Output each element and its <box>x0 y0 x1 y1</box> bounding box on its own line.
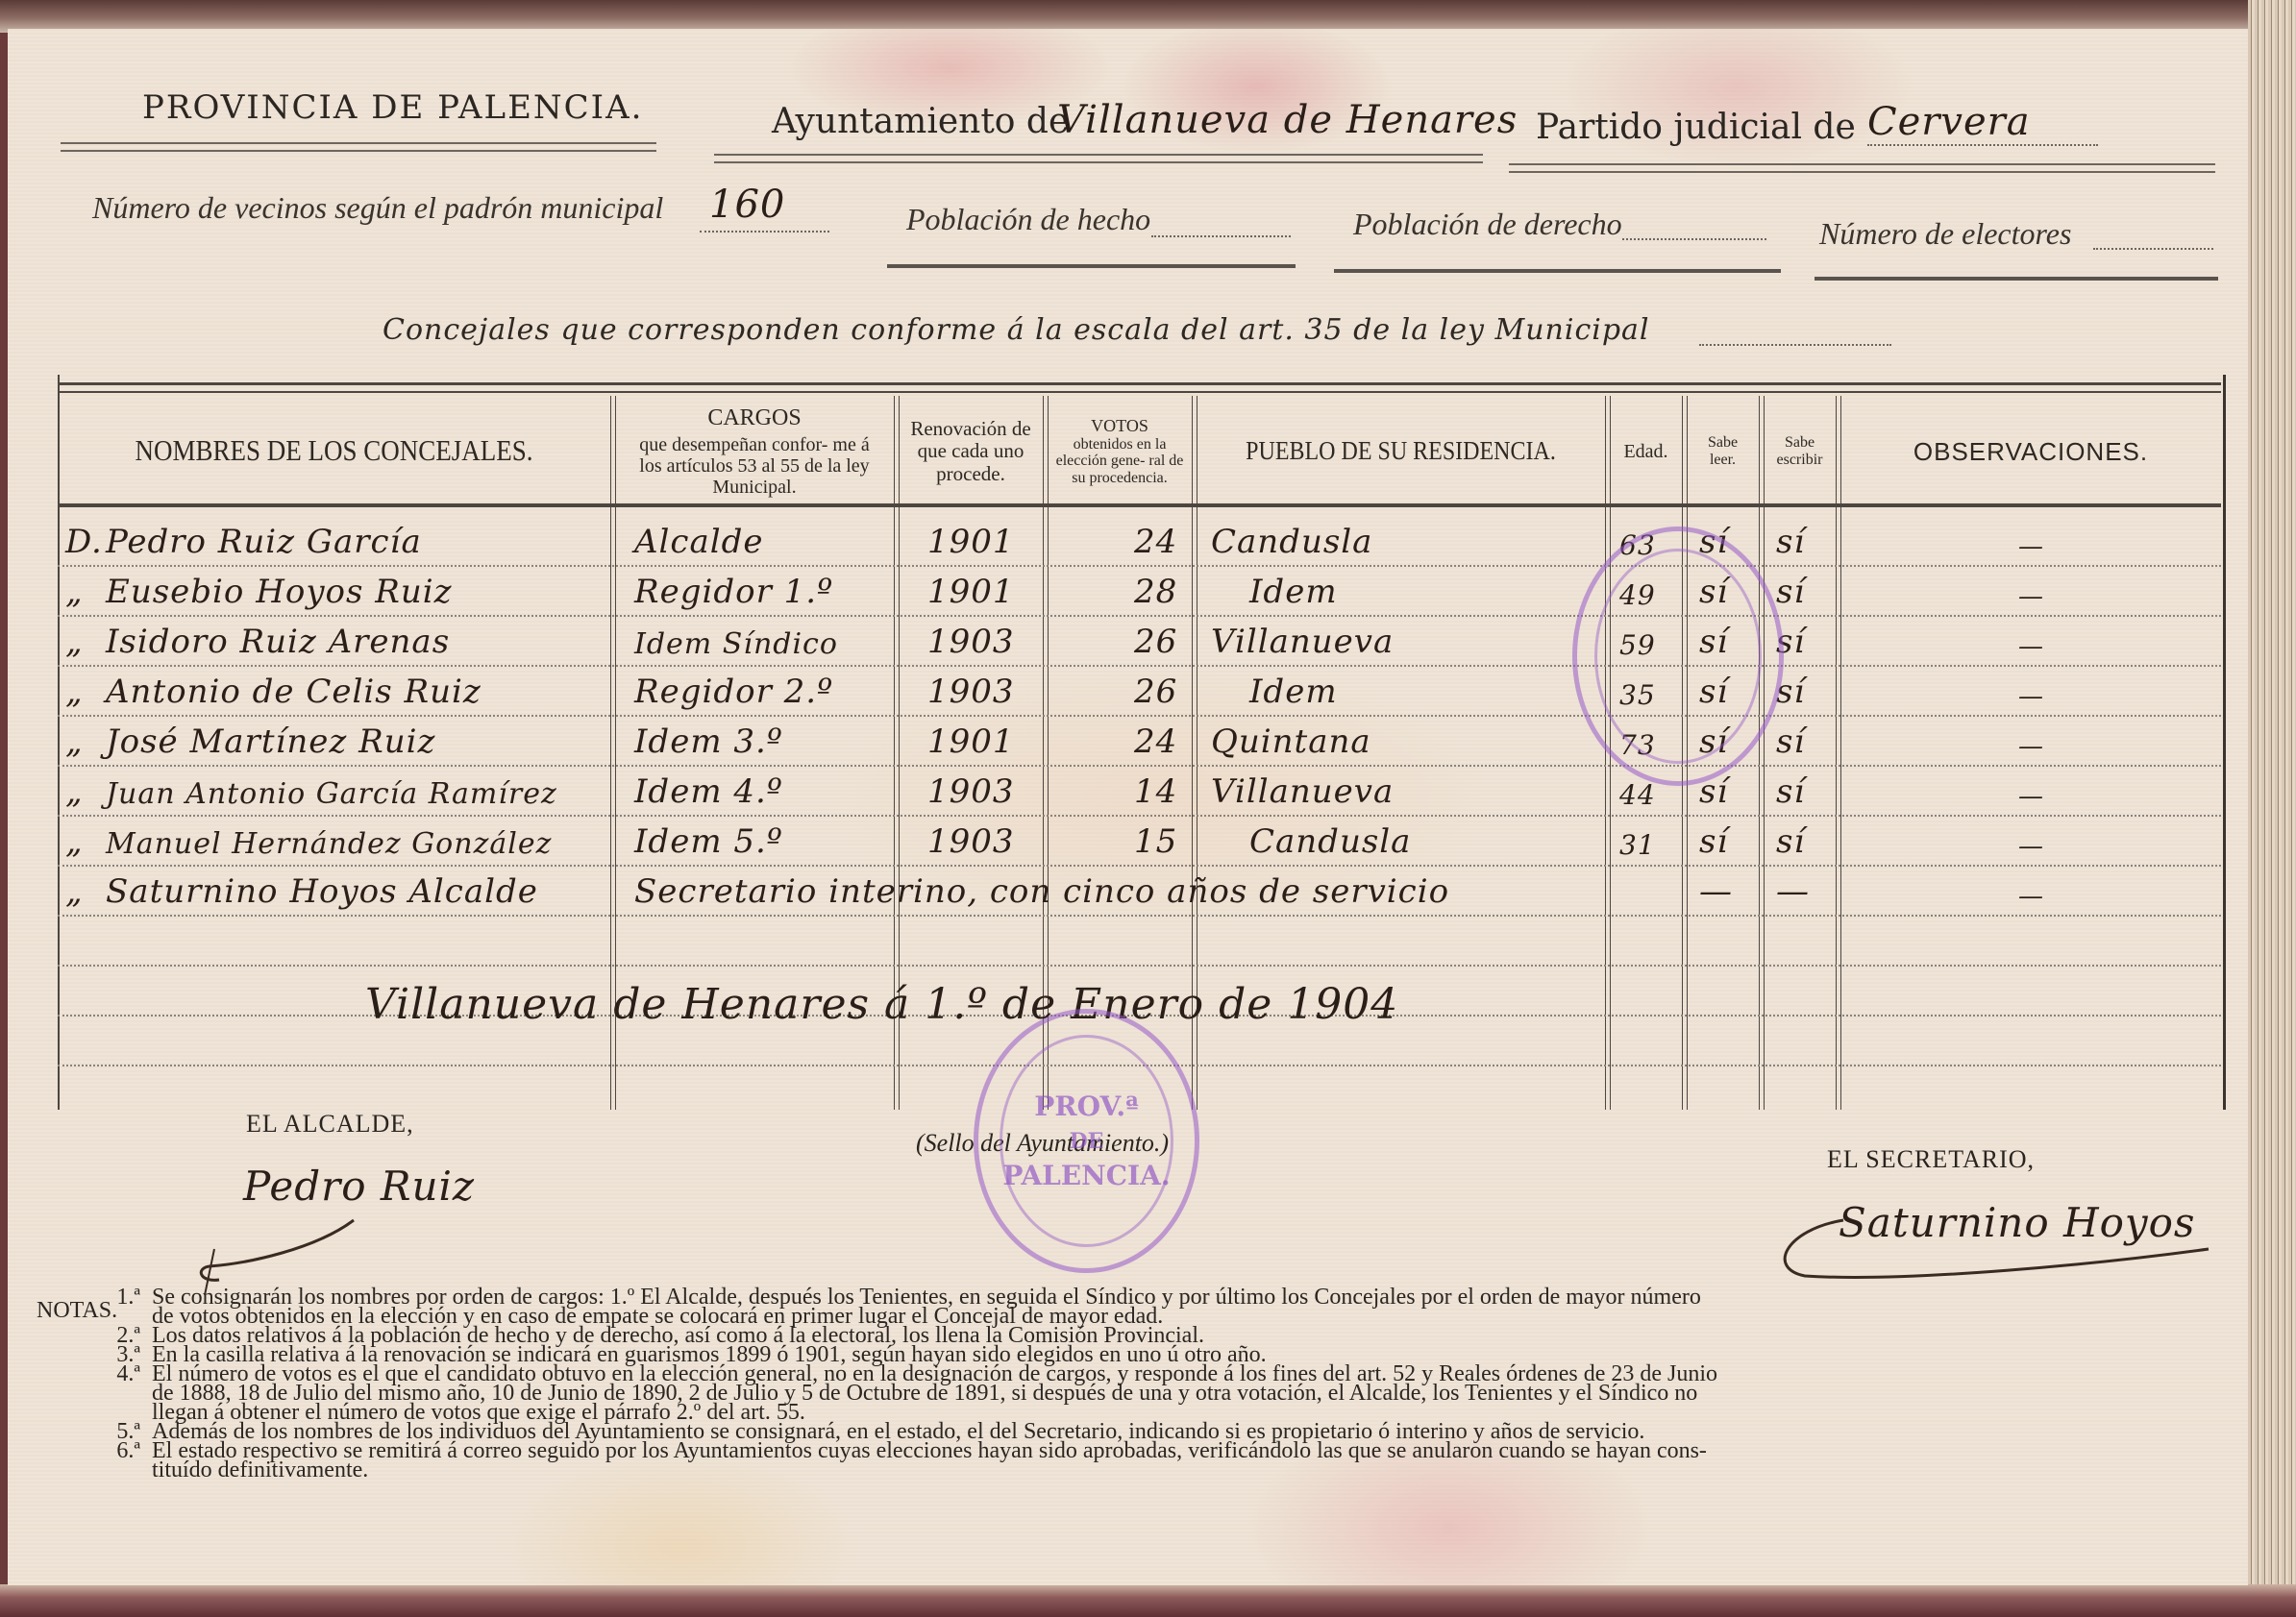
province-title: PROVINCIA DE PALENCIA. <box>142 88 643 127</box>
row-prefix: „ <box>65 667 104 717</box>
concejales-table: NOMBRES DE LOS CONCEJALES. CARGOS que de… <box>58 375 2221 1110</box>
row-sabe-escribir: sí <box>1776 517 1834 567</box>
notes-label: NOTAS. <box>37 1301 117 1320</box>
row-pueblo: Idem <box>1249 667 1595 717</box>
row-pueblo: Candusla <box>1249 817 1595 867</box>
header-rule <box>61 142 656 152</box>
partido-label: Partido judicial de <box>1536 108 1856 147</box>
row-votos: 15 <box>1134 817 1192 867</box>
partido-value: Cervera <box>1867 100 2031 144</box>
header-renovacion: Renovación de que cada uno procede. <box>899 404 1043 500</box>
ayuntamiento-value: Villanueva de Henares <box>1057 98 1518 142</box>
row-nombre: Manuel Hernández González <box>106 817 605 867</box>
alcalde-signature: Pedro Ruiz <box>243 1163 475 1210</box>
header-cargos-sub: que desempeñan confor- me á los artículo… <box>630 434 879 498</box>
stamp-inner-ring <box>1000 1035 1173 1247</box>
census-rule <box>1815 277 2218 281</box>
header-votos-sub: obtenidos en la elección gene- ral de su… <box>1052 436 1187 487</box>
row-renovacion: 1903 <box>927 617 1043 667</box>
row-sabe-leer: sí <box>1699 817 1757 867</box>
row-nombre: José Martínez Ruiz <box>106 717 605 767</box>
row-pueblo: Quintana <box>1211 717 1595 767</box>
row-cargo: Regidor 2.º <box>634 667 894 717</box>
note-number: 4.ª <box>37 1364 152 1384</box>
row-sabe-escribir: sí <box>1776 767 1834 817</box>
poblacion-derecho-label: Población de derecho <box>1353 207 1622 242</box>
vecinos-dotted-line <box>700 231 829 233</box>
electores-label: Número de electores <box>1819 216 2071 252</box>
row-rule <box>58 965 2221 967</box>
document-page: PROVINCIA DE PALENCIA. Ayuntamiento de V… <box>8 29 2248 1585</box>
book-bottom-edge <box>0 1584 2296 1617</box>
partido-dotted-line <box>1867 144 2098 146</box>
secretario-label: EL SECRETARIO, <box>1827 1145 2035 1174</box>
census-rule <box>887 264 1296 268</box>
row-renovacion: 1901 <box>927 567 1043 617</box>
row-renovacion: 1903 <box>927 817 1043 867</box>
table-row: „ Manuel Hernández González Idem 5.º 190… <box>58 817 2221 867</box>
table-header-top-rule <box>58 382 2221 393</box>
concejales-title: Concejales que corresponden conforme á l… <box>383 313 1650 347</box>
header-rule <box>714 154 1483 163</box>
poblacion-hecho-field <box>1151 235 1291 237</box>
row-sabe-escribir: — <box>1776 867 1834 917</box>
row-renovacion: 1903 <box>927 667 1043 717</box>
row-prefix: „ <box>65 567 104 617</box>
row-observaciones: — <box>2018 667 2076 717</box>
row-observaciones: — <box>2018 567 2076 617</box>
book-page-stack <box>2248 0 2296 1617</box>
table-row: „ Juan Antonio García Ramírez Idem 4.º 1… <box>58 767 2221 817</box>
row-nombre: Isidoro Ruiz Arenas <box>106 617 605 667</box>
row-edad: 31 <box>1619 817 1677 867</box>
row-sabe-escribir: sí <box>1776 667 1834 717</box>
stamp-inner-ring <box>1594 549 1762 764</box>
header-nombres: NOMBRES DE LOS CONCEJALES. <box>58 397 610 507</box>
row-renovacion: 1901 <box>927 517 1043 567</box>
header-cargos-title: CARGOS <box>707 405 801 430</box>
row-votos: 24 <box>1134 717 1192 767</box>
row-cargo: Idem 3.º <box>634 717 894 767</box>
note-continuation: tituído definitivamente. <box>37 1460 2228 1480</box>
poblacion-derecho-field <box>1622 238 1766 240</box>
row-renovacion: 1901 <box>927 717 1043 767</box>
row-prefix: D. <box>65 517 104 567</box>
header-votos: VOTOS obtenidos en la elección gene- ral… <box>1048 404 1192 500</box>
row-votos: 14 <box>1134 767 1192 817</box>
row-votos: 24 <box>1134 517 1192 567</box>
row-nombre: Eusebio Hoyos Ruiz <box>106 567 605 617</box>
header-edad: Edad. <box>1610 404 1682 500</box>
row-cargo: Alcalde <box>634 517 894 567</box>
row-pueblo: Villanueva <box>1211 617 1595 667</box>
row-observaciones: — <box>2018 717 2076 767</box>
row-prefix: „ <box>65 817 104 867</box>
row-prefix: „ <box>65 717 104 767</box>
header-votos-title: VOTOS <box>1091 417 1148 436</box>
poblacion-hecho-label: Población de hecho <box>906 202 1150 237</box>
table-row: D. Pedro Ruiz García Alcalde 1901 24 Can… <box>58 517 2221 567</box>
municipal-seal-stamp <box>1572 527 1784 786</box>
secretario-flourish <box>1766 1211 2218 1287</box>
header-rule <box>1509 163 2215 173</box>
row-pueblo: Idem <box>1249 567 1595 617</box>
row-nombre: Antonio de Celis Ruiz <box>106 667 605 717</box>
book-top-edge <box>0 0 2296 33</box>
row-prefix: „ <box>65 767 104 817</box>
row-votos: 26 <box>1134 617 1192 667</box>
notes-section: NOTAS. 1.ª Se consignarán los nombres po… <box>37 1287 2228 1480</box>
row-cargo: Idem Síndico <box>634 617 894 667</box>
row-sabe-escribir: sí <box>1776 717 1834 767</box>
row-votos: 28 <box>1134 567 1192 617</box>
header-sabe-leer: Sabe leer. <box>1687 404 1759 500</box>
row-pueblo: Candusla <box>1211 517 1595 567</box>
alcalde-label: EL ALCALDE, <box>246 1110 414 1139</box>
row-prefix: „ <box>65 867 104 917</box>
header-cargos: CARGOS que desempeñan confor- me á los a… <box>615 404 894 500</box>
electores-field <box>2093 248 2213 250</box>
row-observaciones: — <box>2018 867 2076 917</box>
row-sabe-escribir: sí <box>1776 817 1834 867</box>
vecinos-value: 160 <box>709 183 785 227</box>
row-pueblo: Villanueva <box>1211 767 1595 817</box>
row-nombre: Pedro Ruiz García <box>106 517 605 567</box>
header-observaciones: OBSERVACIONES. <box>1840 404 2221 500</box>
concejales-dotted-line <box>1699 344 1891 346</box>
row-renovacion: 1903 <box>927 767 1043 817</box>
row-cargo: Idem 5.º <box>634 817 894 867</box>
header-sabe-escribir-text: Sabe escribir <box>1771 434 1829 468</box>
table-row: „ Saturnino Hoyos Alcalde Secretario int… <box>58 867 2221 917</box>
note-number: 6.ª <box>37 1441 152 1460</box>
row-observaciones: — <box>2018 767 2076 817</box>
row-prefix: „ <box>65 617 104 667</box>
header-renovacion-text: Renovación de que cada uno procede. <box>906 418 1036 484</box>
row-observaciones: — <box>2018 517 2076 567</box>
row-cargo: Idem 4.º <box>634 767 894 817</box>
census-rule <box>1334 269 1781 273</box>
header-pueblo: PUEBLO DE SU RESIDENCIA. <box>1197 397 1605 507</box>
note-text: El estado respectivo se remitirá á corre… <box>152 1441 2228 1460</box>
header-sabe-leer-text: Sabe leer. <box>1694 434 1752 468</box>
row-cargo: Regidor 1.º <box>634 567 894 617</box>
row-cargo: Secretario interino, con cinco años de s… <box>634 867 1691 917</box>
row-nombre: Juan Antonio García Ramírez <box>106 767 605 817</box>
row-nombre: Saturnino Hoyos Alcalde <box>106 867 605 917</box>
row-sabe-leer: — <box>1699 867 1757 917</box>
table-row: „ Eusebio Hoyos Ruiz Regidor 1.º 1901 28… <box>58 567 2221 617</box>
table-row: „ Antonio de Celis Ruiz Regidor 2.º 1903… <box>58 667 2221 717</box>
header-sabe-escribir: Sabe escribir <box>1764 404 1836 500</box>
ayuntamiento-seal-stamp: PROV.ª DE PALENCIA. <box>974 1009 1199 1273</box>
row-observaciones: — <box>2018 617 2076 667</box>
date-line: Villanueva de Henares á 1.º de Enero de … <box>365 980 1398 1029</box>
table-row: „ Isidoro Ruiz Arenas Idem Síndico 1903 … <box>58 617 2221 667</box>
table-row: „ José Martínez Ruiz Idem 3.º 1901 24 Qu… <box>58 717 2221 767</box>
vecinos-label: Número de vecinos según el padrón munici… <box>92 190 663 226</box>
row-sabe-escribir: sí <box>1776 567 1834 617</box>
row-sabe-escribir: sí <box>1776 617 1834 667</box>
ayuntamiento-label: Ayuntamiento de <box>772 102 1069 141</box>
row-votos: 26 <box>1134 667 1192 717</box>
row-observaciones: — <box>2018 817 2076 867</box>
